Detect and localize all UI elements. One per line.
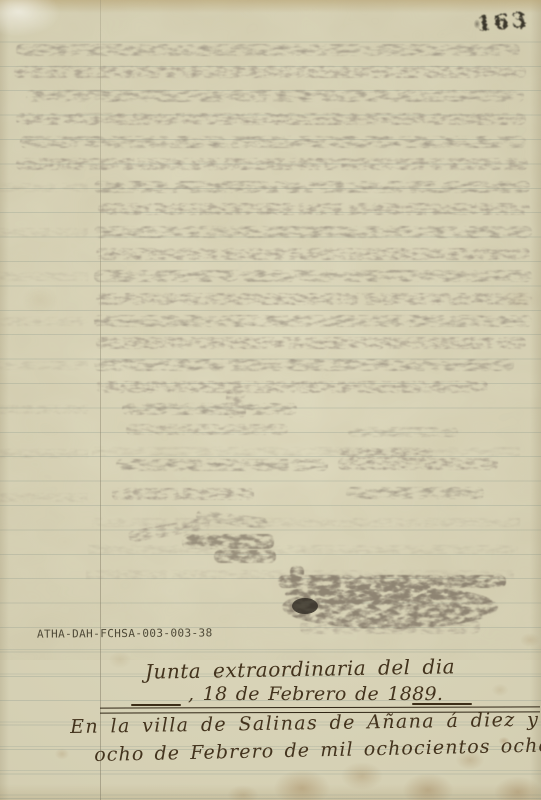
bleed-rubric-blob [278, 566, 506, 634]
closing-dash [412, 703, 472, 705]
ink-bleed-layer: 163 [0, 0, 541, 660]
archive-reference-code: ATHA-DAH-FCHSA-003-003-38 [37, 626, 213, 640]
manuscript-page: 163 ATHA-DAH-FCHSA-003-003-38 Junta extr… [0, 0, 541, 800]
blank-line-dash [131, 704, 181, 706]
entry-date: , 18 de Febrero de 1889. [188, 683, 443, 705]
folio-number-stamp: 163 [476, 7, 531, 37]
